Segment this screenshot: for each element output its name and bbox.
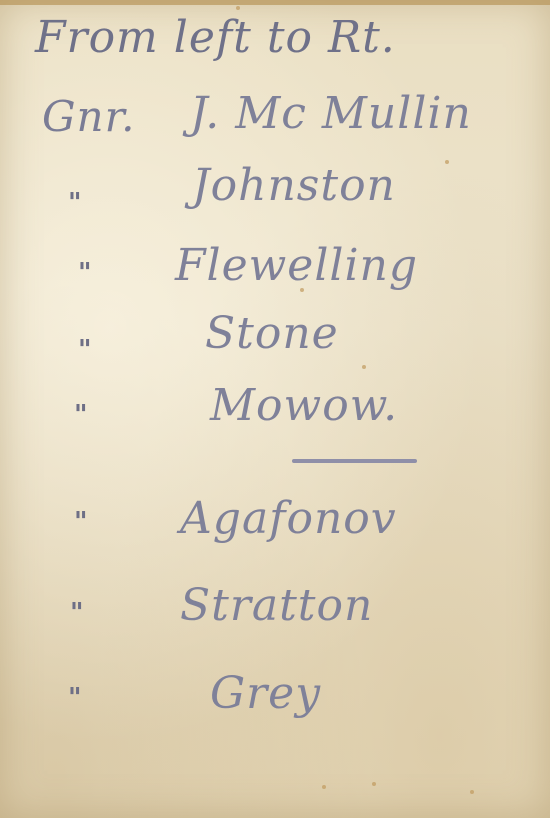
separator-rule	[292, 459, 417, 463]
ditto-mark: "	[74, 400, 88, 430]
paper-speck	[445, 160, 449, 164]
name-1: J. Mc Mullin	[190, 88, 472, 139]
paper-speck	[322, 785, 326, 789]
ditto-mark: "	[68, 683, 82, 713]
name-2: Johnston	[192, 160, 396, 211]
rank-prefix: Gnr.	[42, 92, 135, 141]
name-5: Mowow.	[210, 380, 398, 431]
card-top-edge	[0, 0, 550, 5]
paper-speck	[236, 6, 240, 10]
name-4: Stone	[205, 308, 339, 359]
ditto-mark: "	[70, 598, 84, 628]
paper-speck	[470, 790, 474, 794]
paper-speck	[362, 365, 366, 369]
paper-speck	[300, 288, 304, 292]
ditto-mark: "	[74, 507, 88, 537]
name-8: Grey	[210, 668, 321, 719]
name-7: Stratton	[180, 580, 373, 631]
ditto-mark: "	[78, 258, 92, 288]
paper-speck	[372, 782, 376, 786]
aged-paper-card: From left to Rt. Gnr. J. Mc Mullin " Joh…	[0, 0, 550, 818]
ditto-mark: "	[68, 188, 82, 218]
ditto-mark: "	[78, 335, 92, 365]
name-3: Flewelling	[175, 240, 418, 291]
name-6: Agafonov	[180, 493, 397, 544]
heading-text: From left to Rt.	[35, 12, 396, 63]
